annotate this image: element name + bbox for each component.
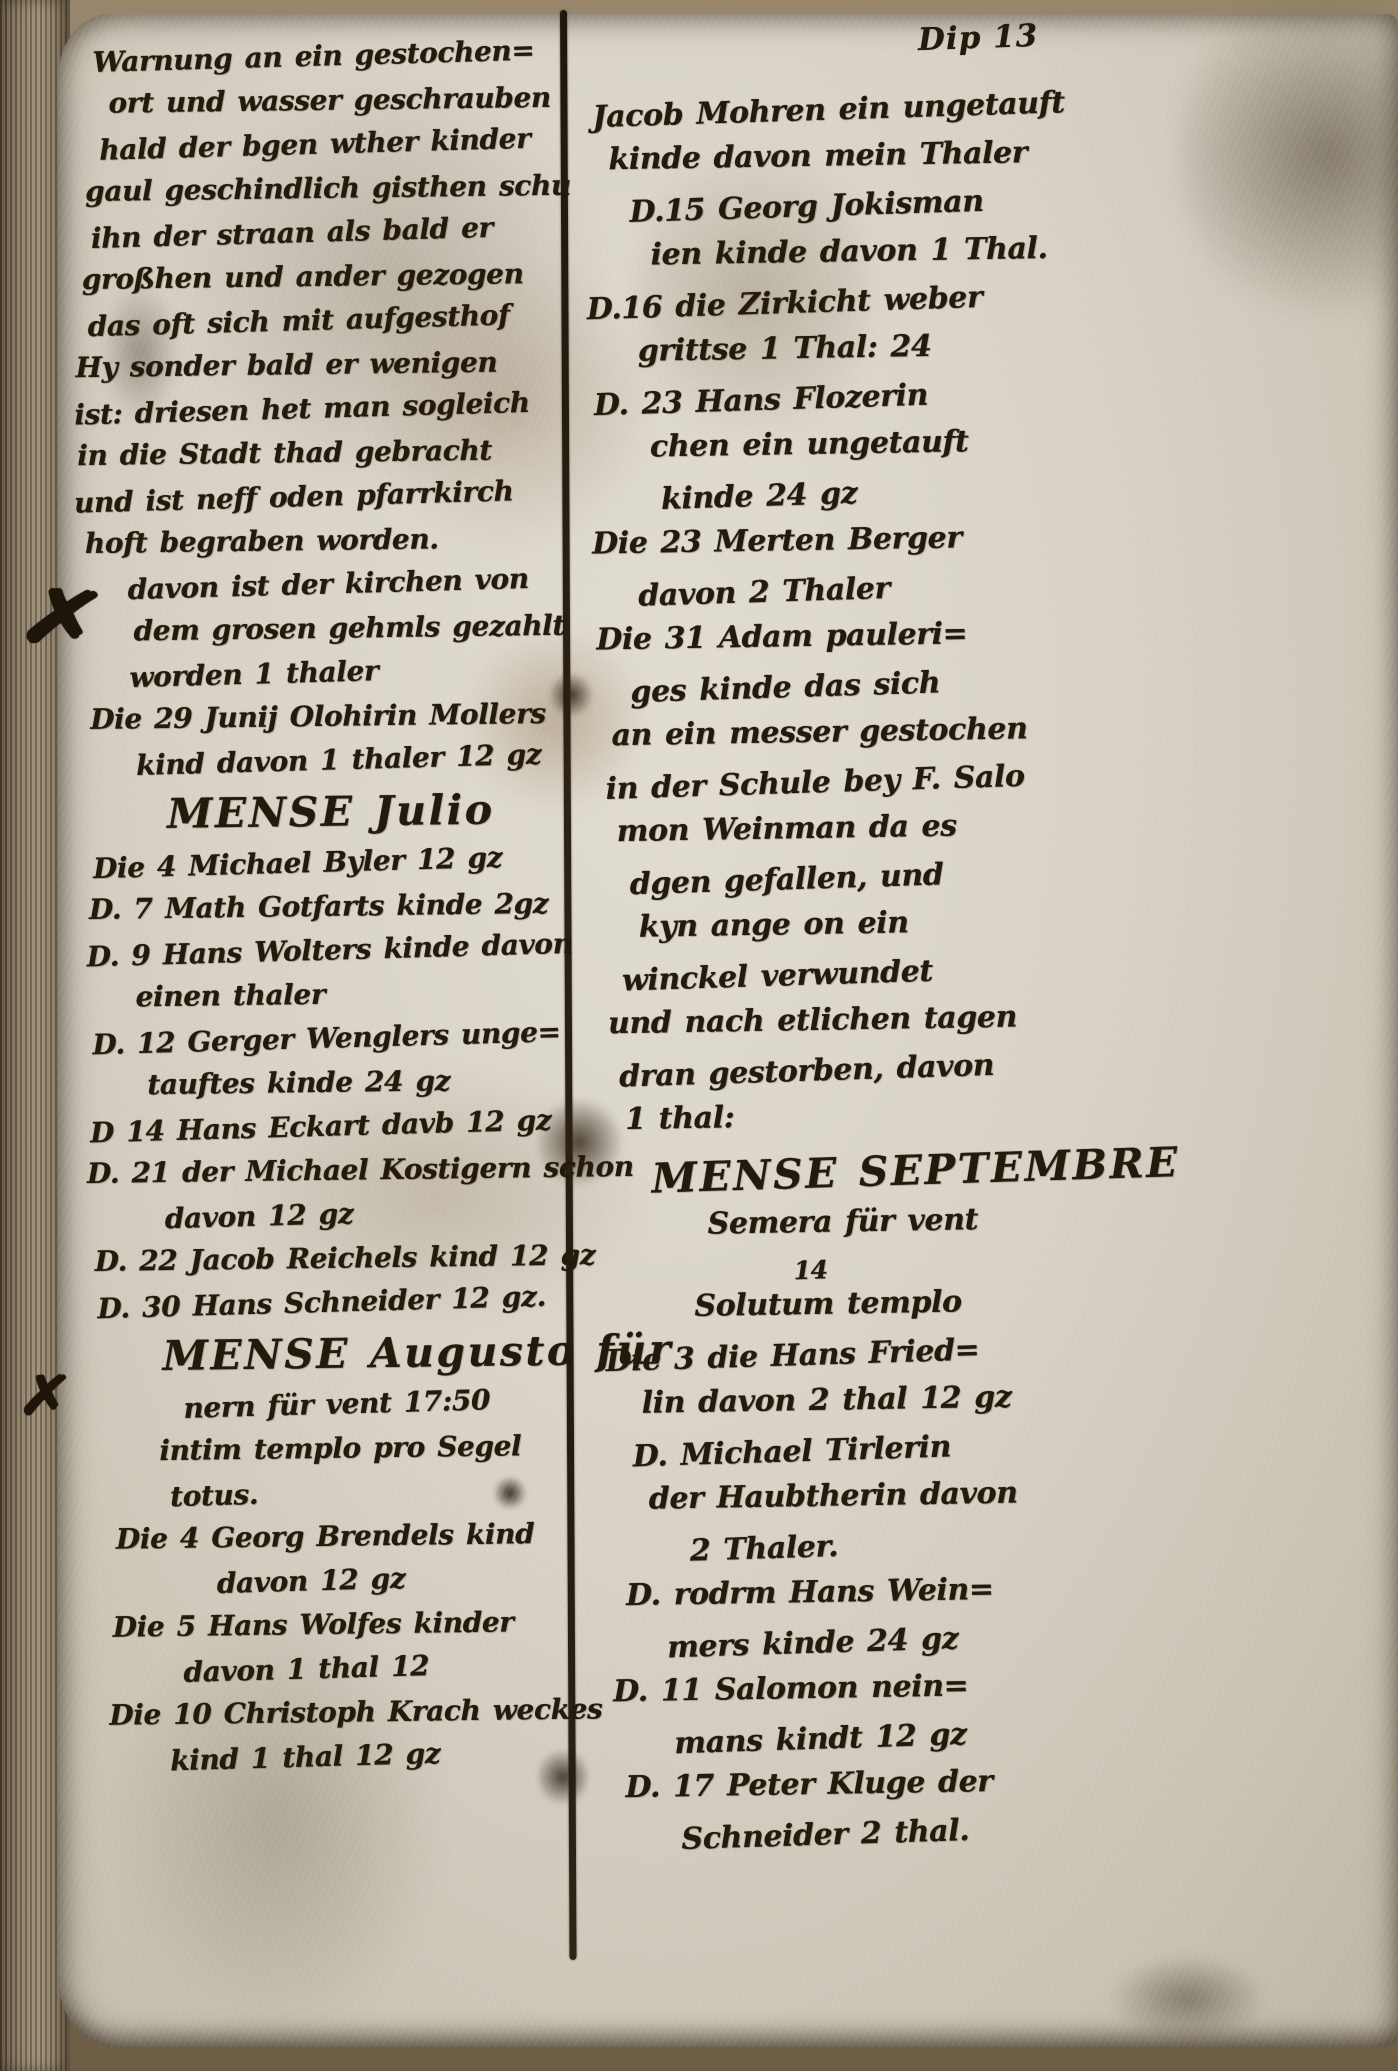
right-text-column: Jacob Mohren ein ungetauftkinde davon me… — [572, 79, 1398, 1869]
left-text-column: Warnung an ein gestochen=ort und wasser … — [57, 36, 572, 1789]
manuscript-photograph: Dip 13 ✗ ✗ Warnung an ein gestochen=ort … — [0, 0, 1398, 2071]
paper-stain — [1108, 1954, 1268, 2044]
page-number: Dip 13 — [917, 18, 1038, 58]
paper-stain — [1388, 74, 1398, 754]
month-heading: MENSE Julio — [72, 785, 555, 849]
month-heading: MENSE Augusto für — [82, 1327, 565, 1391]
margin-cross-mark: ✗ — [17, 1366, 75, 1426]
